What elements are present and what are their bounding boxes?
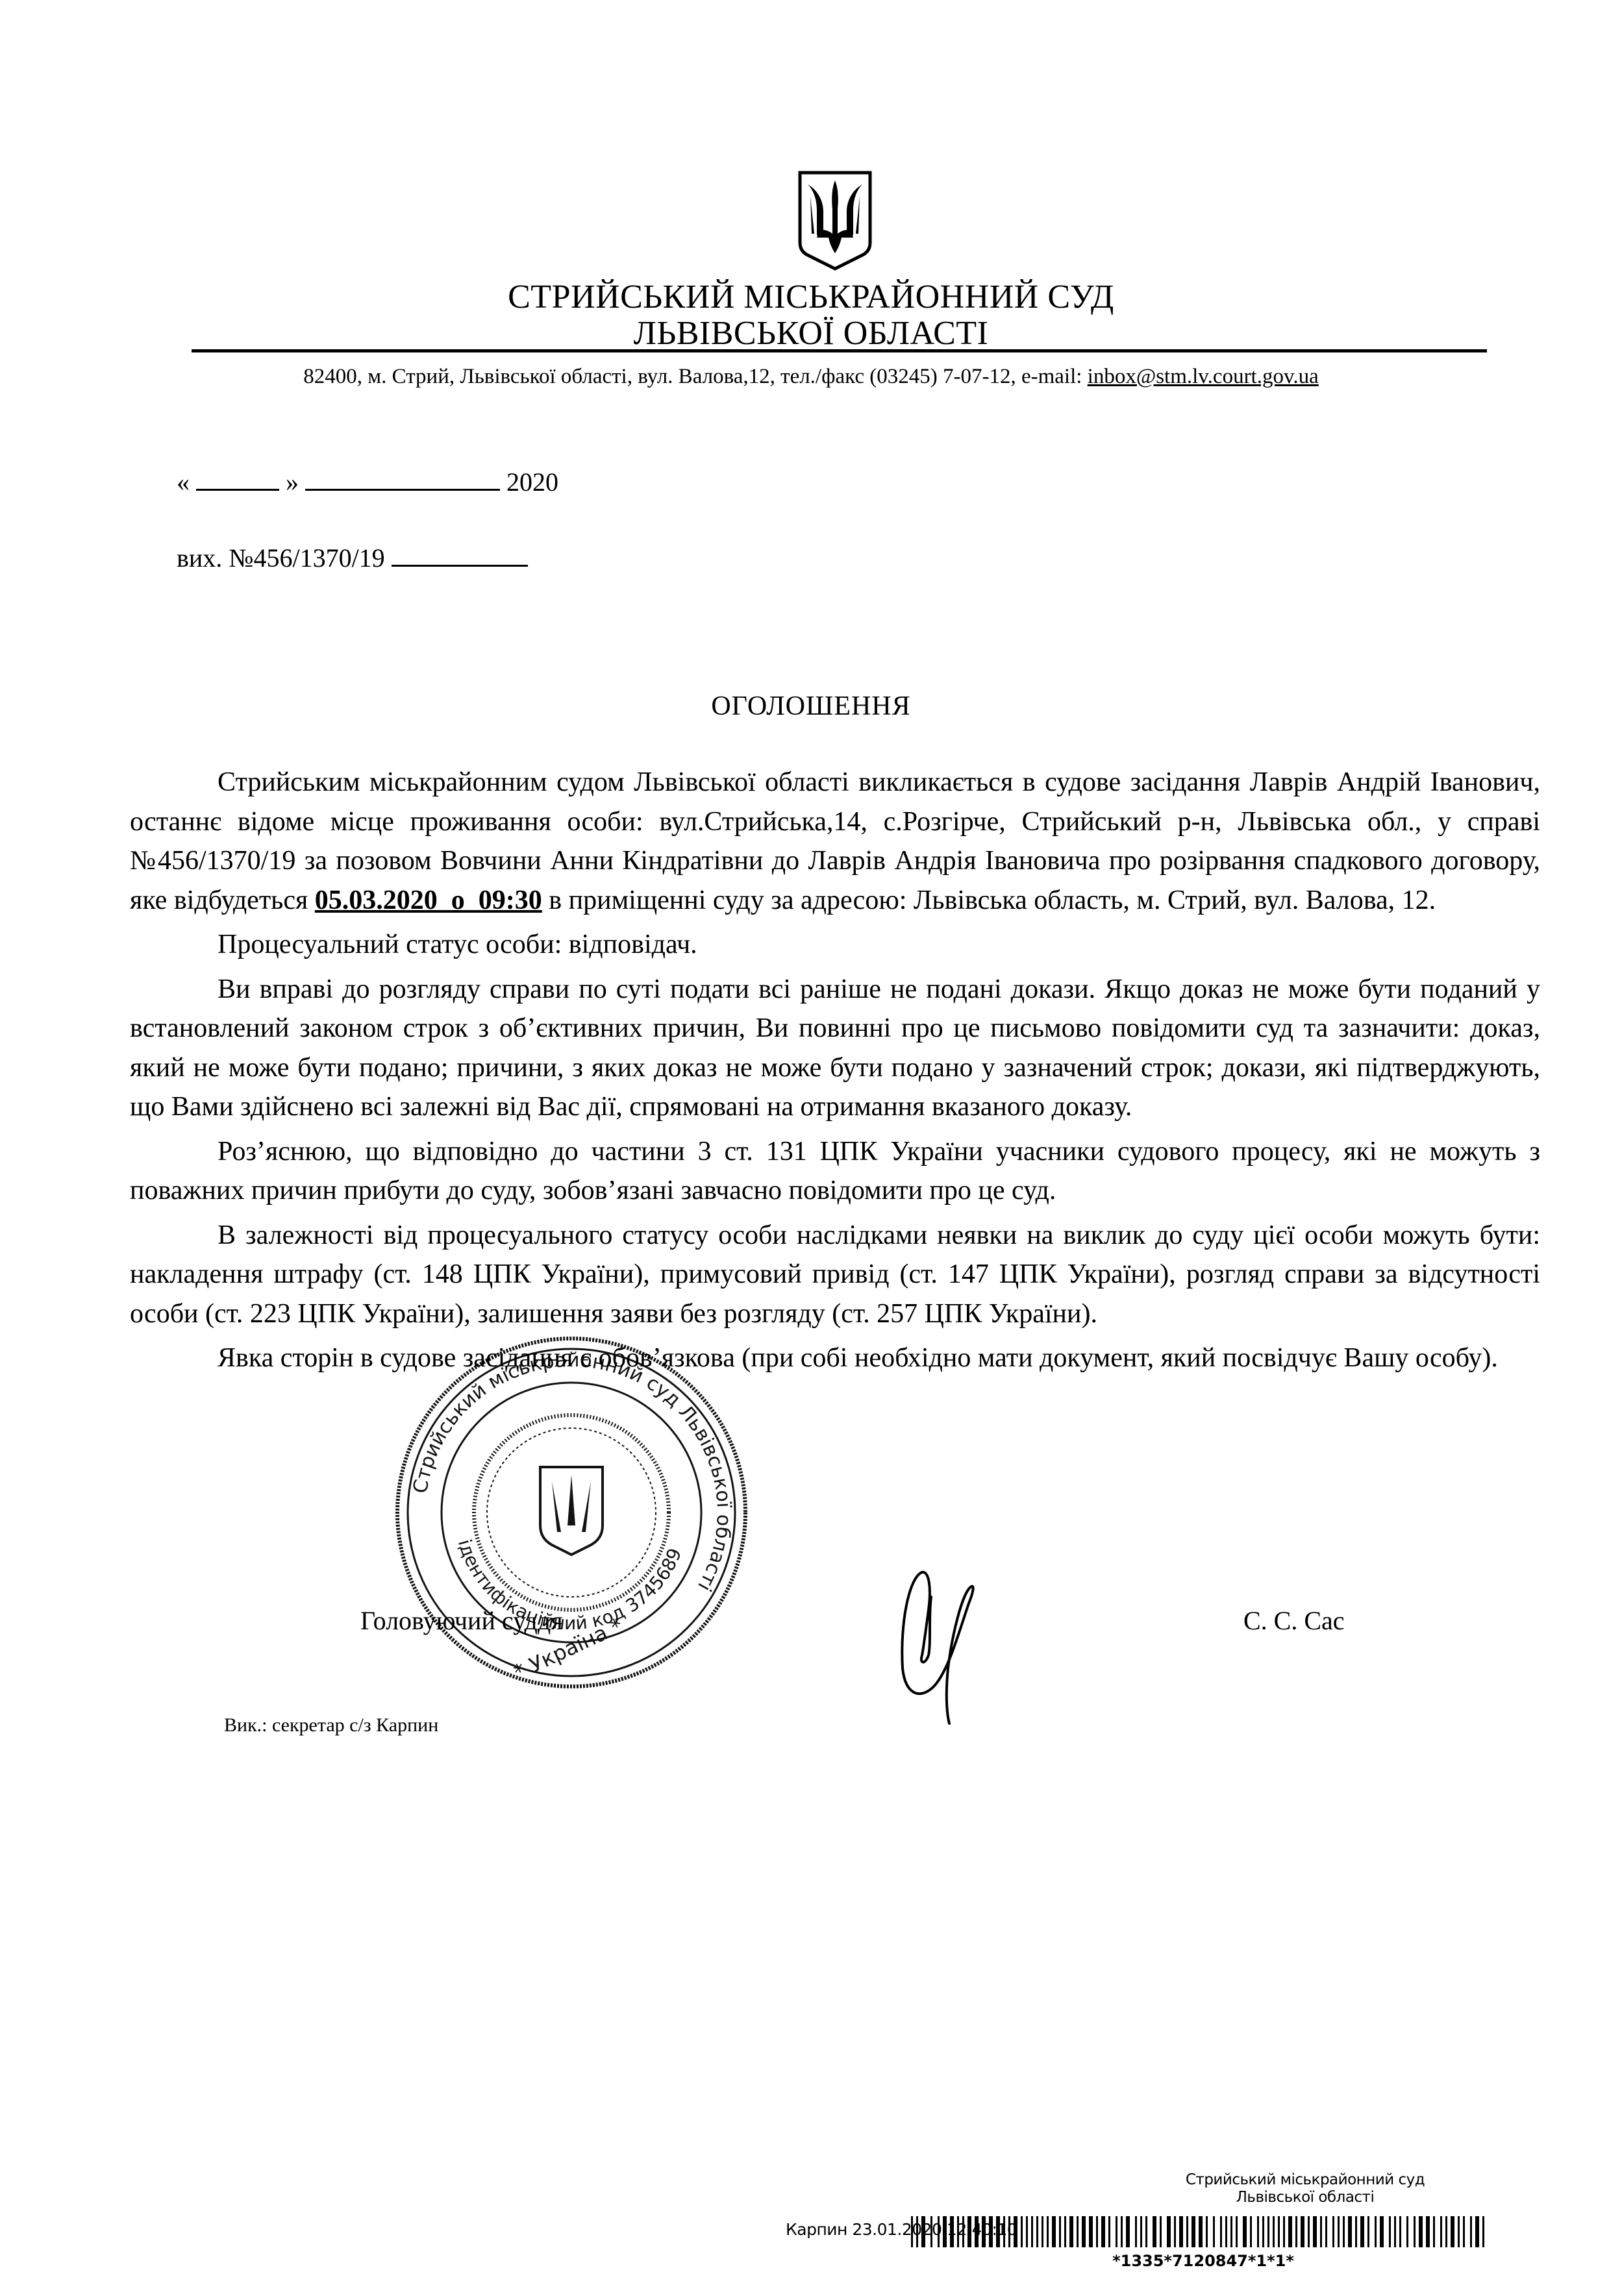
court-name-line1: СТРИЙСЬКИЙ МІСЬКРАЙОННИЙ СУД xyxy=(0,279,1622,315)
signer-name: С. С. Сас xyxy=(1243,1605,1345,1637)
date-close-quote: » xyxy=(286,467,299,497)
court-address: 82400, м. Стрий, Львівської області, вул… xyxy=(0,364,1622,389)
summons-location: в приміщенні суду за адресою: Львівська … xyxy=(542,885,1436,915)
footer-court-line1: Стрийський міськрайонний суд xyxy=(1143,2171,1467,2189)
paragraph-consequences: В залежності від процесуального статусу … xyxy=(130,1216,1540,1334)
court-name-line2: ЛЬВІВСЬКОЇ ОБЛАСТІ xyxy=(0,315,1622,352)
day-blank-field xyxy=(196,467,279,491)
handwritten-signature-icon xyxy=(883,1545,1039,1727)
month-blank-field xyxy=(305,467,500,491)
ukraine-trident-emblem-icon xyxy=(797,170,873,271)
paragraph-obligation: Роз’яснюю, що відповідно до частини 3 ст… xyxy=(130,1132,1540,1211)
outgoing-blank-field xyxy=(392,543,528,567)
paragraph-evidence: Ви вправі до розгляду справи по суті под… xyxy=(130,970,1540,1127)
paragraph-attendance: Явка сторін в судове засідання є обов’яз… xyxy=(130,1339,1540,1378)
header-divider xyxy=(192,349,1487,352)
date-line: « » 2020 xyxy=(177,466,558,499)
footer-court-name: Стрийський міськрайонний суд Львівської … xyxy=(1143,2171,1467,2206)
hearing-datetime: 05.03.2020 о 09:30 xyxy=(315,885,542,915)
executor-note: Вик.: секретар с/з Карпин xyxy=(224,1714,438,1737)
signer-title: Головуючий суддя xyxy=(360,1605,563,1637)
barcode-number: *1335*7120847*1*1* xyxy=(1041,2253,1366,2267)
email-link[interactable]: inbox@stm.lv.court.gov.ua xyxy=(1088,365,1319,388)
document-barcode-icon xyxy=(911,2216,1489,2247)
document-heading: ОГОЛОШЕННЯ xyxy=(0,688,1622,724)
court-seal-stamp-icon: Стрийський міськрайонний суд Львівської … xyxy=(390,1331,753,1694)
paragraph-summons: Стрийським міськрайонним судом Львівсько… xyxy=(130,763,1540,920)
date-year: 2020 xyxy=(506,467,558,497)
address-text: 82400, м. Стрий, Львівської області, вул… xyxy=(303,365,1087,388)
outgoing-number-label: вих. №456/1370/19 xyxy=(177,543,385,573)
date-open-quote: « xyxy=(177,467,190,497)
announcement-body: Стрийським міськрайонним судом Львівсько… xyxy=(130,763,1540,1378)
footer-court-line2: Львівської області xyxy=(1143,2189,1467,2206)
svg-text:Стрийський міськрайонний суд Л: Стрийський міськрайонний суд Львівської … xyxy=(409,1349,735,1595)
outgoing-number: вих. №456/1370/19 xyxy=(177,542,528,574)
paragraph-status: Процесуальний статус особи: відповідач. xyxy=(130,925,1540,965)
